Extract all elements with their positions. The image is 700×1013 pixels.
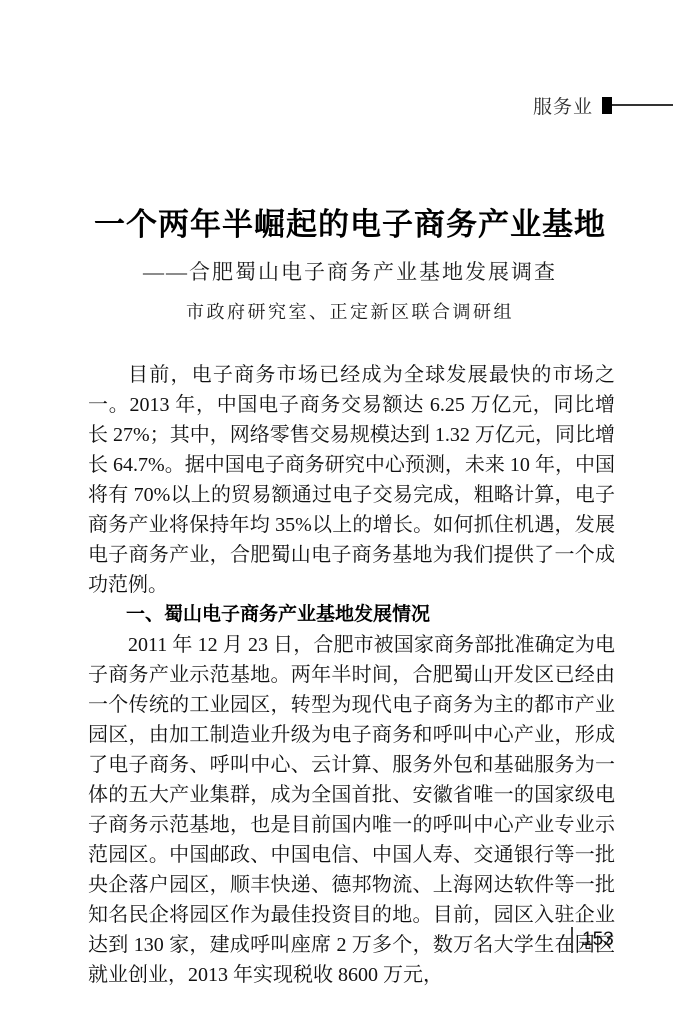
page-footer: 153 (571, 927, 614, 953)
header-rule-line (612, 104, 673, 106)
document-page: 服务业 一个两年半崛起的电子商务产业基地 ——合肥蜀山电子商务产业基地发展调查 … (0, 0, 700, 1013)
section-heading-1: 一、蜀山电子商务产业基地发展情况 (88, 600, 615, 630)
paragraph-section-1: 2011 年 12 月 23 日，合肥市被国家商务部批准确定为电子商务产业示范基… (88, 630, 615, 990)
running-head-category: 服务业 (533, 92, 593, 119)
paragraph-intro: 目前，电子商务市场已经成为全球发展最快的市场之一。2013 年，中国电子商务交易… (88, 360, 615, 600)
page-number: 153 (582, 929, 614, 951)
article-body: 目前，电子商务市场已经成为全球发展最快的市场之一。2013 年，中国电子商务交易… (88, 360, 615, 990)
running-head: 服务业 (533, 93, 673, 117)
folio-rule-line (571, 927, 573, 953)
article-subtitle: ——合肥蜀山电子商务产业基地发展调查 (0, 256, 700, 286)
section-marker-icon (602, 97, 612, 114)
article-byline: 市政府研究室、正定新区联合调研组 (0, 298, 700, 324)
article-title: 一个两年半崛起的电子商务产业基地 (0, 199, 700, 244)
